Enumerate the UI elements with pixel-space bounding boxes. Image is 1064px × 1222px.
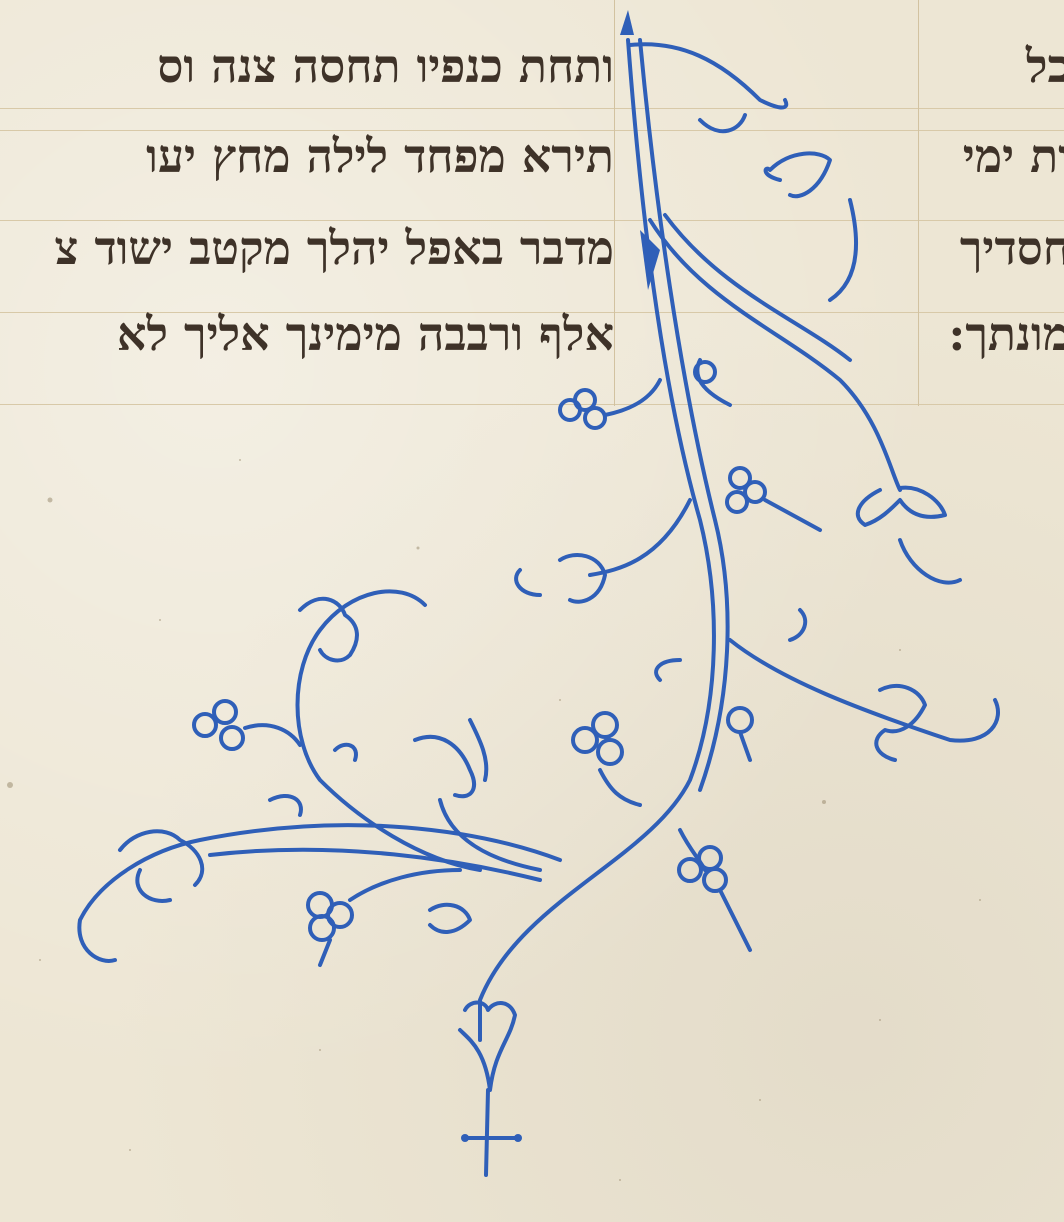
pen-flourish-decoration: [0, 0, 1064, 1222]
